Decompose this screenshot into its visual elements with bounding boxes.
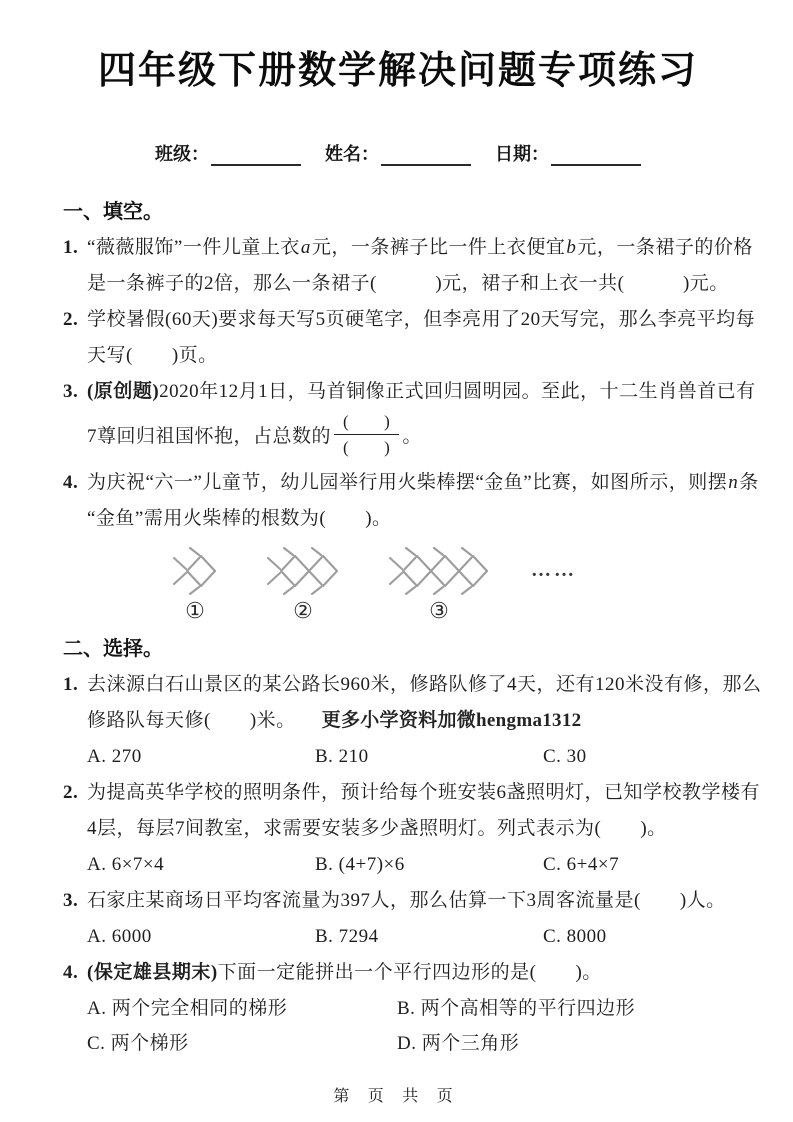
option-a: A. 6×7×4 bbox=[87, 847, 315, 883]
class-field: 班级： bbox=[155, 140, 301, 166]
question-number: 2. bbox=[63, 302, 78, 338]
choice-question-4: 4.(保定雄县期末)下面一定能拼出一个平行四边形的是( )。 A. 两个完全相同… bbox=[63, 955, 733, 1061]
question-text-part: 下面一定能拼出一个平行四边形的是( )。 bbox=[218, 962, 602, 983]
matchstick-fish-figure: ① ② ③ …… bbox=[173, 547, 733, 623]
question-number: 1. bbox=[63, 667, 78, 703]
date-blank-line bbox=[551, 144, 641, 166]
options-grid: A. 两个完全相同的梯形 B. 两个高相等的平行四边形 C. 两个梯形 D. 两… bbox=[63, 991, 733, 1061]
choice-question-3: 3.石家庄某商场日平均客流量为397人，那么估算一下3周客流量是( )人。 A.… bbox=[63, 883, 733, 955]
class-label: 班级： bbox=[155, 140, 209, 166]
question-number: 3. bbox=[63, 883, 78, 919]
choice-question-2: 2.为提高英华学校的照明条件，预计给每个班安装6盏照明灯，已知学校教学楼有 4层… bbox=[63, 775, 733, 883]
name-blank-line bbox=[381, 144, 471, 166]
question-tag: (保定雄县期末) bbox=[87, 962, 218, 983]
question-text-part: 元，一条裤子比一件上衣便宜 bbox=[312, 237, 566, 258]
option-a: A. 6000 bbox=[87, 919, 315, 955]
question-number: 4. bbox=[63, 465, 78, 501]
options-row: A. 6×7×4 B. (4+7)×6 C. 6+4×7 bbox=[63, 847, 733, 883]
worksheet-page: 四年级下册数学解决问题专项练习 班级： 姓名： 日期： 一、填空。 1.“薇薇服… bbox=[0, 0, 793, 1122]
fraction-numerator: ( ) bbox=[334, 410, 399, 435]
option-b: B. 7294 bbox=[315, 919, 543, 955]
question-text-part: 为庆祝“六一”儿童节，幼儿园举行用火柴棒摆“金鱼”比赛，如图所示，则摆 bbox=[87, 472, 727, 493]
page-footer: 第 页 共 页 bbox=[0, 1083, 793, 1106]
question-text-part: 为提高英华学校的照明条件，预计给每个班安装6盏照明灯，已知学校教学楼有 bbox=[87, 782, 760, 803]
fish-drawing bbox=[389, 547, 489, 595]
fill-question-1: 1.“薇薇服饰”一件儿童上衣a元，一条裤子比一件上衣便宜b元，一条裙子的价格 是… bbox=[63, 230, 733, 302]
option-c: C. 30 bbox=[543, 739, 587, 775]
choice-section-heading: 二、选择。 bbox=[63, 631, 733, 667]
question-text-line: 2.学校暑假(60天)要求每天写5页硬笔字，但李亮用了20天写完，那么李亮平均每 bbox=[63, 302, 733, 338]
fish-label-1: ① bbox=[185, 599, 205, 623]
question-text-line: 修路队每天修( )米。更多小学资料加微hengma1312 bbox=[63, 703, 733, 739]
student-info-row: 班级： 姓名： 日期： bbox=[63, 138, 733, 166]
fish-figure-1: ① bbox=[173, 547, 217, 623]
question-text-part: 修路队每天修( )米。 bbox=[87, 710, 296, 731]
options-row: A. 270 B. 210 C. 30 bbox=[63, 739, 733, 775]
choice-question-1: 1.去涞源白石山景区的某公路长960米，修路队修了4天，还有120米没有修，那么… bbox=[63, 667, 733, 775]
option-b: B. (4+7)×6 bbox=[315, 847, 543, 883]
page-title: 四年级下册数学解决问题专项练习 bbox=[63, 44, 733, 98]
option-b: B. 两个高相等的平行四边形 bbox=[397, 991, 733, 1026]
question-text-line: “金鱼”需用火柴棒的根数为( )。 bbox=[63, 501, 733, 537]
fish-label-3: ③ bbox=[429, 599, 449, 623]
question-text-part: 。 bbox=[402, 426, 422, 447]
option-c: C. 6+4×7 bbox=[543, 847, 619, 883]
option-a: A. 两个完全相同的梯形 bbox=[87, 991, 397, 1026]
question-number: 1. bbox=[63, 230, 78, 266]
fraction-denominator: ( ) bbox=[334, 435, 399, 459]
question-text-line: 3.(原创题)2020年12月1日，马首铜像正式回归圆明园。至此，十二生肖兽首已… bbox=[63, 374, 733, 410]
question-number: 2. bbox=[63, 775, 78, 811]
option-a: A. 270 bbox=[87, 739, 315, 775]
question-text-line: 天写( )页。 bbox=[63, 338, 733, 374]
question-text-line: 3.石家庄某商场日平均客流量为397人，那么估算一下3周客流量是( )人。 bbox=[63, 883, 733, 919]
question-text-part: “薇薇服饰”一件儿童上衣 bbox=[87, 237, 300, 258]
question-text-part: 石家庄某商场日平均客流量为397人，那么估算一下3周客流量是( )人。 bbox=[87, 890, 726, 911]
fish-figure-3: ③ bbox=[389, 547, 489, 623]
fill-question-3: 3.(原创题)2020年12月1日，马首铜像正式回归圆明园。至此，十二生肖兽首已… bbox=[63, 374, 733, 465]
name-field: 姓名： bbox=[325, 140, 471, 166]
question-text-part: 学校暑假(60天)要求每天写5页硬笔字，但李亮用了20天写完，那么李亮平均每 bbox=[87, 309, 755, 330]
fill-question-4: 4.为庆祝“六一”儿童节，幼儿园举行用火柴棒摆“金鱼”比赛，如图所示，则摆n条 … bbox=[63, 465, 733, 537]
fill-section-heading: 一、填空。 bbox=[63, 194, 733, 230]
variable-n: n bbox=[727, 472, 739, 493]
option-d: D. 两个三角形 bbox=[397, 1026, 733, 1061]
option-c: C. 8000 bbox=[543, 919, 607, 955]
question-text-line: 1.“薇薇服饰”一件儿童上衣a元，一条裤子比一件上衣便宜b元，一条裙子的价格 bbox=[63, 230, 733, 266]
question-text-line: 4层，每层7间教室，求需要安装多少盏照明灯。列式表示为( )。 bbox=[63, 811, 733, 847]
question-text-part: 元，一条裙子的价格 bbox=[577, 237, 753, 258]
question-text-part: 去涞源白石山景区的某公路长960米，修路队修了4天，还有120米没有修，那么 bbox=[87, 674, 762, 695]
question-text-line: 4.为庆祝“六一”儿童节，幼儿园举行用火柴棒摆“金鱼”比赛，如图所示，则摆n条 bbox=[63, 465, 733, 501]
fraction-blank: ( )( ) bbox=[334, 410, 399, 459]
fish-figure-2: ② bbox=[267, 547, 339, 623]
question-text-part: 7尊回归祖国怀抱，占总数的 bbox=[87, 426, 331, 447]
question-tag: (原创题) bbox=[87, 381, 159, 402]
ellipsis-dots: …… bbox=[531, 559, 577, 582]
date-field: 日期： bbox=[495, 140, 641, 166]
question-text-line: 2.为提高英华学校的照明条件，预计给每个班安装6盏照明灯，已知学校教学楼有 bbox=[63, 775, 733, 811]
variable-a: a bbox=[300, 237, 312, 258]
question-text-line: 4.(保定雄县期末)下面一定能拼出一个平行四边形的是( )。 bbox=[63, 955, 733, 991]
watermark-text: 更多小学资料加微hengma1312 bbox=[322, 710, 582, 731]
option-b: B. 210 bbox=[315, 739, 543, 775]
question-number: 3. bbox=[63, 374, 78, 410]
fish-drawing bbox=[173, 547, 217, 595]
fish-label-2: ② bbox=[293, 599, 313, 623]
variable-b: b bbox=[565, 237, 577, 258]
date-label: 日期： bbox=[495, 140, 549, 166]
fish-drawing bbox=[267, 547, 339, 595]
question-text-part: 2020年12月1日，马首铜像正式回归圆明园。至此，十二生肖兽首已有 bbox=[159, 381, 756, 402]
name-label: 姓名： bbox=[325, 140, 379, 166]
fill-question-2: 2.学校暑假(60天)要求每天写5页硬笔字，但李亮用了20天写完，那么李亮平均每… bbox=[63, 302, 733, 374]
question-text-line: 是一条裤子的2倍，那么一条裙子( )元，裙子和上衣一共( )元。 bbox=[63, 266, 733, 302]
question-text-part: 条 bbox=[739, 472, 759, 493]
options-row: A. 6000 B. 7294 C. 8000 bbox=[63, 919, 733, 955]
option-c: C. 两个梯形 bbox=[87, 1026, 397, 1061]
class-blank-line bbox=[211, 144, 301, 166]
question-text-line: 7尊回归祖国怀抱，占总数的( )( )。 bbox=[63, 410, 733, 465]
question-number: 4. bbox=[63, 955, 78, 991]
question-text-line: 1.去涞源白石山景区的某公路长960米，修路队修了4天，还有120米没有修，那么 bbox=[63, 667, 733, 703]
